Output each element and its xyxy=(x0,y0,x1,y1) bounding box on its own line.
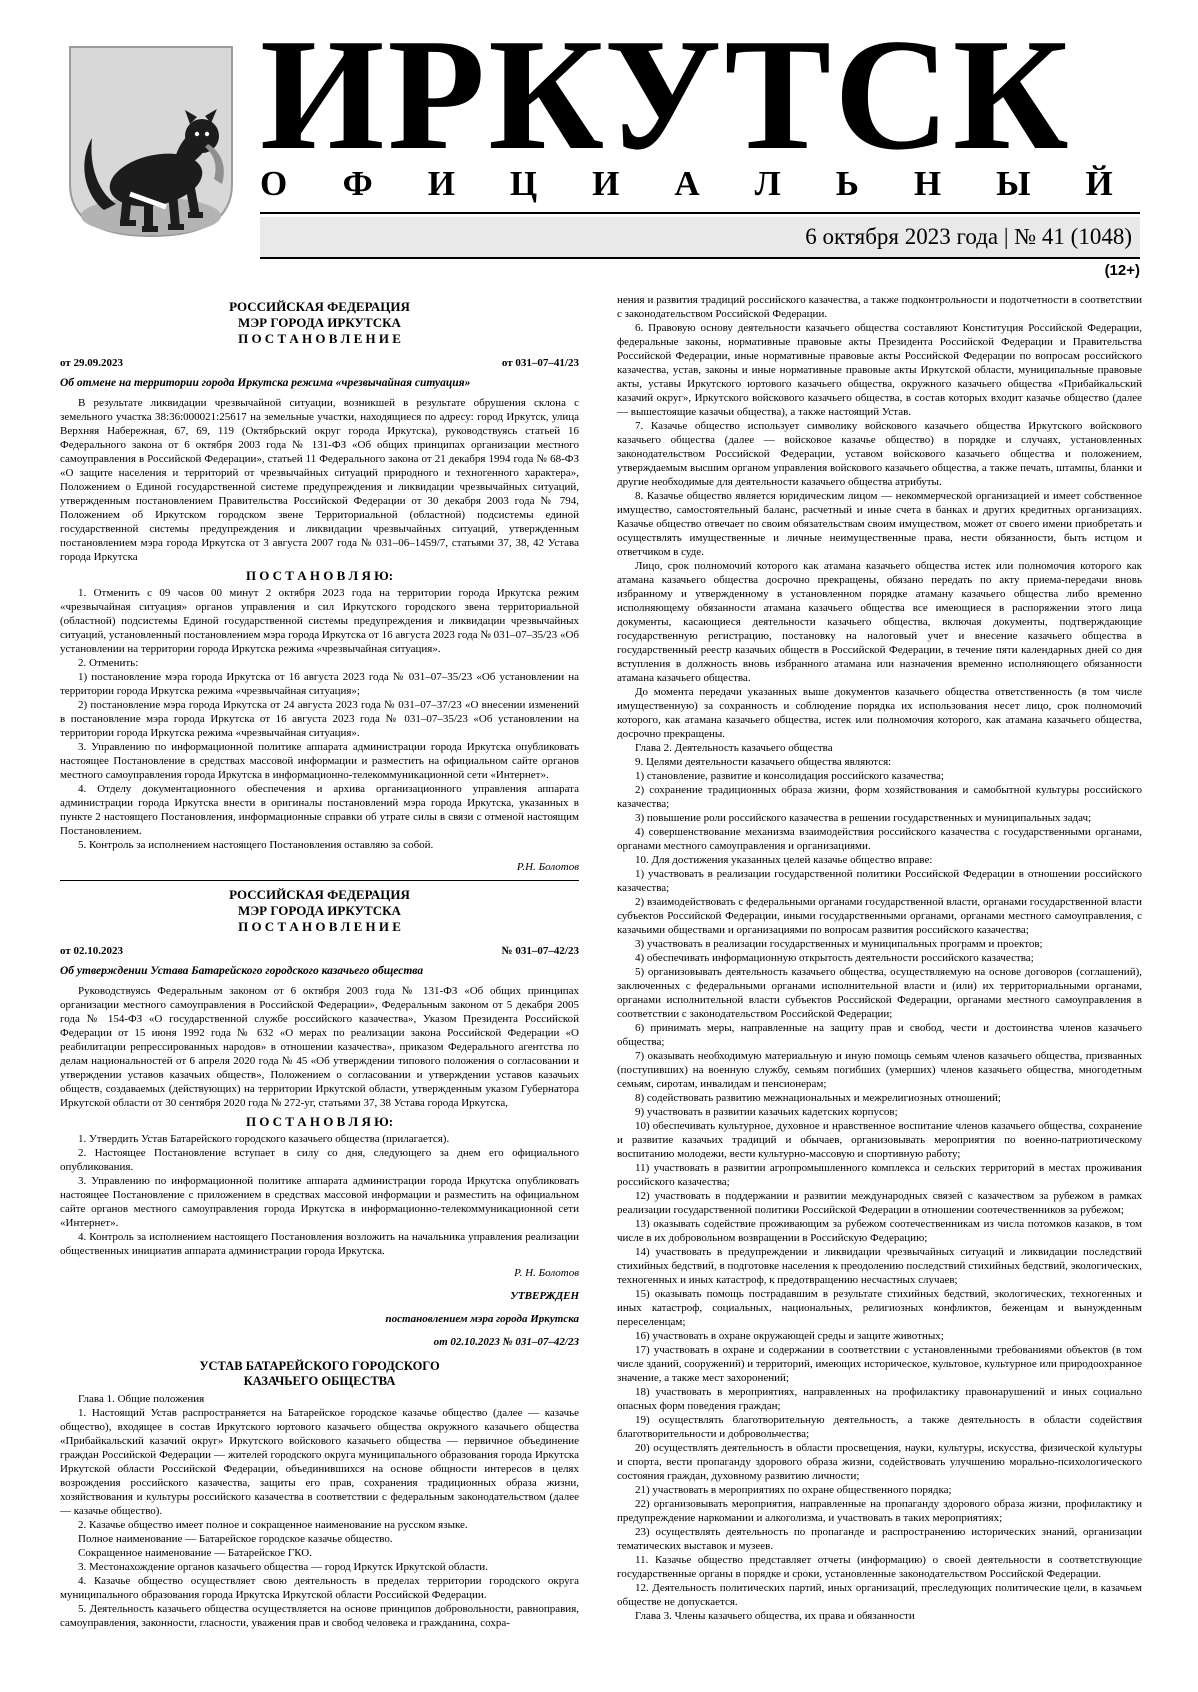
paragraph: 11. Казачье общество представляет отчеты… xyxy=(617,1553,1142,1581)
paragraph: 15) оказывать помощь пострадавшим в резу… xyxy=(617,1287,1142,1329)
irkutsk-coat-of-arms-icon xyxy=(66,44,236,245)
paragraph: 2) взаимодействовать с федеральными орга… xyxy=(617,895,1142,937)
paragraph: Полное наименование — Батарейское городс… xyxy=(60,1532,579,1546)
paragraph: 3) повышение роли российского казачества… xyxy=(617,811,1142,825)
paragraph: 9) участвовать в развитии казачьих кадет… xyxy=(617,1105,1142,1119)
paragraph: 1. Отменить с 09 часов 00 минут 2 октябр… xyxy=(60,586,579,656)
paragraph: постановлением мэра города Иркутска xyxy=(60,1312,579,1326)
paragraph: Глава 1. Общие положения xyxy=(60,1392,579,1406)
paragraph: 20) осуществлять деятельность в области … xyxy=(617,1441,1142,1483)
org-line: МЭР ГОРОДА ИРКУТСКА xyxy=(60,315,579,331)
paragraph: 4. Отделу документационного обеспечения … xyxy=(60,782,579,838)
paragraph: 7) оказывать необходимую материальную и … xyxy=(617,1049,1142,1091)
paragraph: 18) участвовать в мероприятиях, направле… xyxy=(617,1385,1142,1413)
paragraph: от 02.10.2023 № 031–07–42/23 xyxy=(60,1335,579,1349)
charter-body: Глава 1. Общие положения1. Настоящий Уст… xyxy=(60,1392,579,1630)
resolution-items: 1. Отменить с 09 часов 00 минут 2 октябр… xyxy=(60,586,579,852)
decree-2: РОССИЙСКАЯ ФЕДЕРАЦИЯ МЭР ГОРОДА ИРКУТСКА… xyxy=(60,887,579,1630)
newspaper-title: ИРКУТСК xyxy=(260,30,1140,158)
paragraph: 17) участвовать в охране и содержании в … xyxy=(617,1343,1142,1385)
org-line: МЭР ГОРОДА ИРКУТСКА xyxy=(60,903,579,919)
paragraph: 6) принимать меры, направленные на защит… xyxy=(617,1021,1142,1049)
column-left: РОССИЙСКАЯ ФЕДЕРАЦИЯ МЭР ГОРОДА ИРКУТСКА… xyxy=(60,293,579,1630)
paragraph: 10) обеспечивать культурное, духовное и … xyxy=(617,1119,1142,1161)
charter-title: УСТАВ БАТАРЕЙСКОГО ГОРОДСКОГО КАЗАЧЬЕГО … xyxy=(60,1359,579,1389)
newspaper-subtitle: ОФИЦИАЛЬНЫЙ xyxy=(260,166,1195,203)
paragraph: 5) организовывать деятельность казачьего… xyxy=(617,965,1142,1021)
paragraph: 14) участвовать в предупреждении и ликви… xyxy=(617,1245,1142,1287)
approval-block: УТВЕРЖДЕНпостановлением мэра города Ирку… xyxy=(60,1289,579,1349)
paragraph: Лицо, срок полномочий которого как атама… xyxy=(617,559,1142,685)
paragraph: До момента передачи указанных выше докум… xyxy=(617,685,1142,741)
doc-type-heading: П О С Т А Н О В Л Е Н И Е xyxy=(60,919,579,935)
paragraph: Глава 2. Деятельность казачьего общества xyxy=(617,741,1142,755)
paragraph: 5. Контроль за исполнением настоящего По… xyxy=(60,838,579,852)
resolution-heading: П О С Т А Н О В Л Я Ю: xyxy=(60,569,579,583)
resolution-items: 1. Утвердить Устав Батарейского городско… xyxy=(60,1132,579,1258)
paragraph: 11) участвовать в развитии агропромышлен… xyxy=(617,1161,1142,1189)
paragraph: 4) обеспечивать информационную открытост… xyxy=(617,951,1142,965)
paragraph: 7. Казачье общество использует символику… xyxy=(617,419,1142,489)
paragraph: УТВЕРЖДЕН xyxy=(60,1289,579,1303)
paragraph: нения и развития традиций российского ка… xyxy=(617,293,1142,321)
paragraph: 23) осуществлять деятельность по пропага… xyxy=(617,1525,1142,1553)
paragraph: 9. Целями деятельности казачьего обществ… xyxy=(617,755,1142,769)
paragraph: 4) совершенствование механизма взаимодей… xyxy=(617,825,1142,853)
masthead: ИРКУТСК ОФИЦИАЛЬНЫЙ 6 октября 2023 года … xyxy=(0,0,1198,279)
org-line: РОССИЙСКАЯ ФЕДЕРАЦИЯ xyxy=(60,299,579,315)
doc-preamble: Руководствуясь Федеральным законом от 6 … xyxy=(60,984,579,1110)
doc-type-heading: П О С Т А Н О В Л Е Н И Е xyxy=(60,331,579,347)
age-rating-badge: (12+) xyxy=(66,259,1140,279)
org-line: РОССИЙСКАЯ ФЕДЕРАЦИЯ xyxy=(60,887,579,903)
masthead-rule xyxy=(260,212,1140,214)
paragraph: 1) постановление мэра города Иркутска от… xyxy=(60,670,579,698)
doc-meta-row: от 02.10.2023 № 031–07–42/23 xyxy=(60,944,579,958)
paragraph: 16) участвовать в охране окружающей сред… xyxy=(617,1329,1142,1343)
charter-continuation: нения и развития традиций российского ка… xyxy=(617,293,1142,1623)
newspaper-page: ИРКУТСК ОФИЦИАЛЬНЫЙ 6 октября 2023 года … xyxy=(0,0,1198,1692)
paragraph: 8. Казачье общество является юридическим… xyxy=(617,489,1142,559)
paragraph: 2. Отменить: xyxy=(60,656,579,670)
signature: Р.Н. Болотов xyxy=(60,860,579,874)
issue-date-bar: 6 октября 2023 года | № 41 (1048) xyxy=(260,217,1140,259)
paragraph: 2) сохранение традиционных образа жизни,… xyxy=(617,783,1142,811)
column-right: нения и развития традиций российского ка… xyxy=(617,293,1142,1630)
paragraph: 1. Настоящий Устав распространяется на Б… xyxy=(60,1406,579,1518)
paragraph: 3. Местонахождение органов казачьего общ… xyxy=(60,1560,579,1574)
paragraph: 4. Контроль за исполнением настоящего По… xyxy=(60,1230,579,1258)
paragraph: 22) организовывать мероприятия, направле… xyxy=(617,1497,1142,1525)
paragraph: 1) участвовать в реализации государствен… xyxy=(617,867,1142,895)
paragraph: 2. Настоящее Постановление вступает в си… xyxy=(60,1146,579,1174)
paragraph: 2) постановление мэра города Иркутска от… xyxy=(60,698,579,740)
document-separator xyxy=(60,880,579,881)
paragraph: 2. Казачье общество имеет полное и сокра… xyxy=(60,1518,579,1532)
paragraph: 5. Деятельность казачьего общества осуще… xyxy=(60,1602,579,1630)
signature: Р. Н. Болотов xyxy=(60,1266,579,1280)
paragraph: 3. Управлению по информационной политике… xyxy=(60,740,579,782)
doc-preamble: В результате ликвидации чрезвычайной сит… xyxy=(60,396,579,564)
decree-1: РОССИЙСКАЯ ФЕДЕРАЦИЯ МЭР ГОРОДА ИРКУТСКА… xyxy=(60,299,579,874)
paragraph: 1) становление, развитие и консолидация … xyxy=(617,769,1142,783)
paragraph: 10. Для достижения указанных целей казач… xyxy=(617,853,1142,867)
paragraph: 19) осуществлять благотворительную деяте… xyxy=(617,1413,1142,1441)
paragraph: 6. Правовую основу деятельности казачьег… xyxy=(617,321,1142,419)
resolution-heading: П О С Т А Н О В Л Я Ю: xyxy=(60,1115,579,1129)
issue-date-text: 6 октября 2023 года | № 41 (1048) xyxy=(805,224,1132,249)
doc-number: от 031–07–41/23 xyxy=(502,356,579,370)
paragraph: 12. Деятельность политических партий, ин… xyxy=(617,1581,1142,1609)
paragraph: 4. Казачье общество осуществляет свою де… xyxy=(60,1574,579,1602)
paragraph: 12) участвовать в поддержании и развитии… xyxy=(617,1189,1142,1217)
paragraph: Сокращенное наименование — Батарейское Г… xyxy=(60,1546,579,1560)
paragraph: 3) участвовать в реализации государствен… xyxy=(617,937,1142,951)
article-columns: РОССИЙСКАЯ ФЕДЕРАЦИЯ МЭР ГОРОДА ИРКУТСКА… xyxy=(0,279,1198,1630)
paragraph: 13) оказывать содействие проживающим за … xyxy=(617,1217,1142,1245)
doc-meta-row: от 29.09.2023 от 031–07–41/23 xyxy=(60,356,579,370)
paragraph: 21) участвовать в мероприятиях по охране… xyxy=(617,1483,1142,1497)
paragraph: 1. Утвердить Устав Батарейского городско… xyxy=(60,1132,579,1146)
paragraph: 3. Управлению по информационной политике… xyxy=(60,1174,579,1230)
doc-subject: Об отмене на территории города Иркутска … xyxy=(60,376,579,390)
doc-number: № 031–07–42/23 xyxy=(502,944,579,958)
paragraph: 8) содействовать развитию межнациональны… xyxy=(617,1091,1142,1105)
paragraph: Глава 3. Члены казачьего общества, их пр… xyxy=(617,1609,1142,1623)
doc-date: от 29.09.2023 xyxy=(60,356,123,370)
doc-subject: Об утверждении Устава Батарейского город… xyxy=(60,964,579,978)
doc-date: от 02.10.2023 xyxy=(60,944,123,958)
